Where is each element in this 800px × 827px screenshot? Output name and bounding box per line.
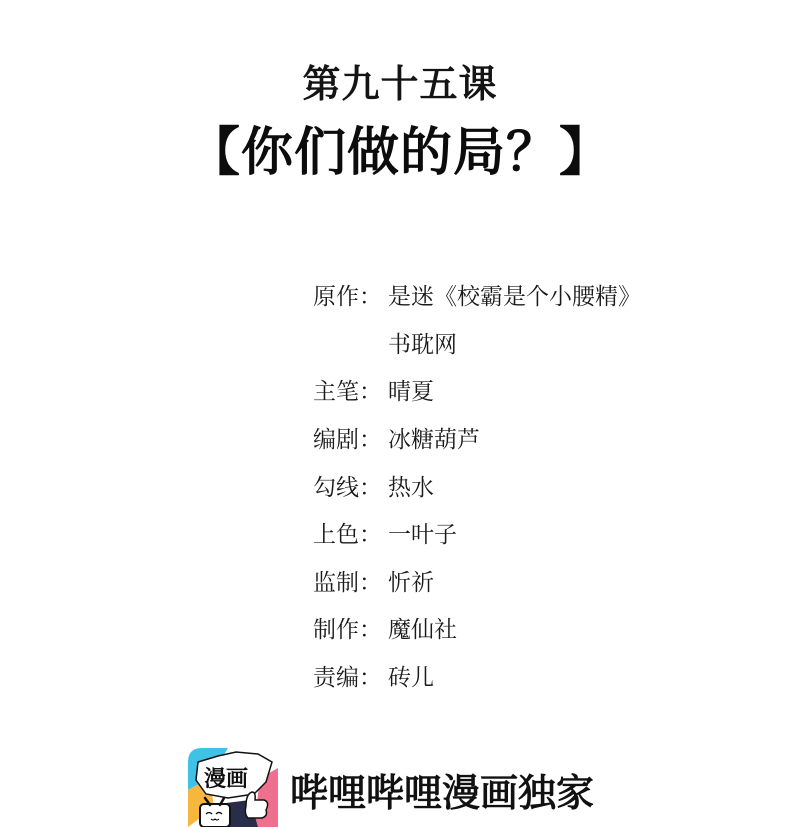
credit-row-production: 制作： 魔仙社 — [313, 604, 753, 652]
credit-row-script: 编剧： 冰糖葫芦 — [313, 414, 753, 462]
credit-row-editor: 责编： 砖儿 — [313, 652, 753, 700]
credit-label: 上色： — [313, 516, 388, 549]
credit-row-original-source: 书耽网 — [313, 319, 753, 367]
credit-label: 编剧： — [313, 421, 388, 454]
credit-label: 制作： — [313, 611, 388, 644]
credit-value: 忻祈 — [388, 564, 753, 597]
credit-label: 勾线： — [313, 469, 388, 502]
credit-value: 冰糖葫芦 — [388, 421, 753, 454]
credit-value: 书耽网 — [388, 326, 753, 359]
credit-row-lead-artist: 主笔： 晴夏 — [313, 366, 753, 414]
credit-value: 热水 — [388, 469, 753, 502]
credit-value: 砖儿 — [388, 659, 753, 692]
credit-row-supervisor: 监制： 忻祈 — [313, 557, 753, 605]
credit-value: 是迷《校霸是个小腰精》 — [388, 278, 753, 311]
credit-value: 晴夏 — [388, 373, 753, 406]
credit-label: 责编： — [313, 659, 388, 692]
chapter-title: 【你们做的局？】 — [0, 122, 800, 184]
svg-text:漫画: 漫画 — [204, 766, 248, 792]
credit-value: 一叶子 — [388, 516, 753, 549]
credits-list: 原作： 是迷《校霸是个小腰精》 书耽网 主笔： 晴夏 编剧： 冰糖葫芦 勾线： … — [313, 271, 753, 699]
credit-row-original: 原作： 是迷《校霸是个小腰精》 — [313, 271, 753, 319]
credit-row-lineart: 勾线： 热水 — [313, 461, 753, 509]
credit-value: 魔仙社 — [388, 611, 753, 644]
chapter-number: 第九十五课 — [0, 60, 800, 108]
bilibili-manga-app-icon: 漫画 — [188, 748, 278, 827]
credit-label: 主笔： — [313, 373, 388, 406]
credit-label: 原作： — [313, 278, 388, 311]
credit-row-coloring: 上色： 一叶子 — [313, 509, 753, 557]
brand-exclusive-text: 哔哩哔哩漫画独家 — [290, 771, 594, 815]
brand-footer: 漫画 哔哩哔哩漫画独家 — [188, 748, 594, 827]
credit-label: 监制： — [313, 564, 388, 597]
